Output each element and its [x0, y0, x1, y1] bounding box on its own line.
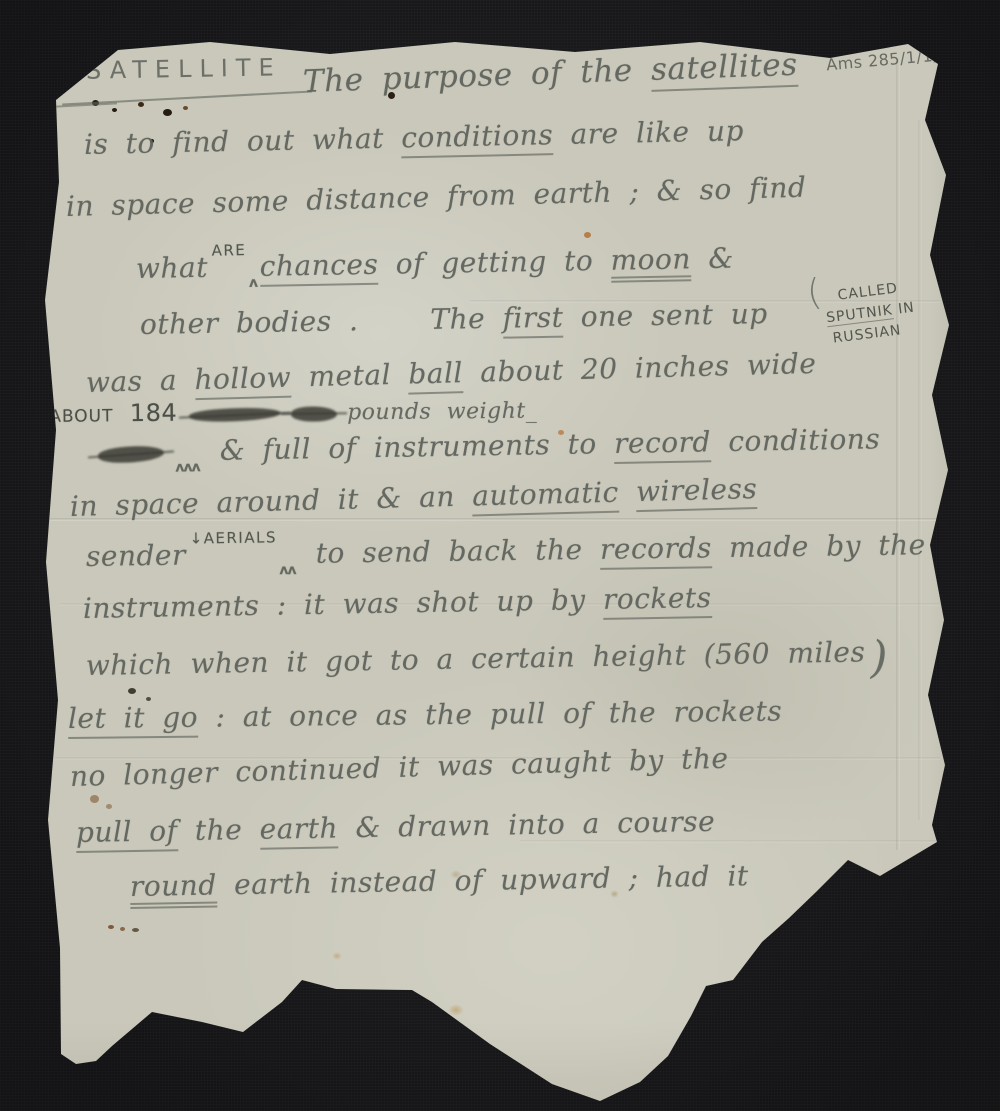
manuscript-line: round earth instead of upward ; had it	[130, 859, 749, 903]
manuscript-line: The purpose of the satellites	[302, 47, 798, 100]
photograph-background: SATELLITE Ams 285/1/1/2 ( CALLED SPUTNIK…	[0, 0, 1000, 1111]
handwriting-segment: the	[177, 813, 260, 847]
annotation-word: IN	[892, 300, 916, 319]
handwriting-segment: & full of instruments to	[202, 427, 614, 467]
handwriting-segment: no longer continued it was caught by the	[70, 742, 729, 793]
handwriting-segment: : at once as the pull of the rockets	[198, 695, 782, 734]
handwriting-segment: earth	[259, 811, 338, 849]
handwriting-segment: records	[600, 531, 712, 570]
fold-crease	[520, 840, 940, 843]
archive-reference: Ams 285/1/1/2	[825, 45, 950, 75]
ink-spot	[183, 106, 188, 110]
handwriting-segment: ball	[408, 356, 463, 394]
yellow-stain	[332, 952, 342, 960]
handwriting-segment: & drawn into a course	[338, 805, 716, 845]
handwriting-segment: chances	[259, 248, 378, 287]
handwriting-segment: rockets	[603, 581, 712, 620]
scribble-deletion-mark	[98, 444, 165, 465]
rust-spot	[90, 795, 99, 803]
handwriting-segment: first	[502, 301, 563, 339]
handwriting-segment: automatic	[472, 476, 619, 517]
handwriting-segment: ↓ABOUT	[34, 406, 128, 427]
handwriting-segment: moon	[610, 242, 691, 282]
handwriting-segment: are like up	[553, 114, 744, 151]
manuscript-line: no longer continued it was caught by the	[70, 742, 729, 793]
torn-manuscript-paper: SATELLITE Ams 285/1/1/2 ( CALLED SPUTNIK…	[0, 0, 1000, 1111]
handwriting-segment: let it go	[68, 701, 198, 739]
manuscript-line: whatAREʌchances of getting to moon &	[136, 242, 734, 285]
handwriting-segment: )	[870, 632, 889, 683]
handwriting-segment: hollow	[194, 361, 292, 401]
ink-spot	[120, 927, 125, 931]
rust-spot	[584, 232, 591, 238]
page-title: SATELLITE	[86, 53, 282, 84]
handwriting-segment: pounds weight_	[347, 399, 537, 426]
manuscript-line: let it go : at once as the pull of the r…	[68, 695, 782, 735]
manuscript-line: other bodies .The first one sent up	[140, 297, 768, 341]
handwriting-segment: other bodies .	[140, 304, 359, 341]
manuscript-line: ↓ABOUT 184pounds weight_	[34, 396, 537, 428]
handwriting-segment: to send back the	[298, 533, 600, 570]
handwriting-segment: &	[691, 242, 734, 276]
manuscript-line: in space around it & an automatic wirele…	[70, 472, 758, 523]
handwriting-segment: was a	[86, 363, 195, 399]
yellow-stain	[448, 1004, 464, 1016]
manuscript-line: ʌʌʌ & full of instruments to record cond…	[98, 422, 881, 469]
ink-spot	[132, 928, 139, 932]
handwriting-segment: The	[430, 302, 503, 336]
handwriting-segment: of getting to	[378, 244, 611, 281]
handwriting-segment: conditions	[711, 422, 881, 458]
handwriting-segment: instruments : it was shot up by	[83, 583, 603, 625]
manuscript-line: in space some distance from earth ; & so…	[66, 171, 807, 223]
handwriting-segment: ʌʌʌ	[175, 459, 200, 475]
ink-spot	[138, 102, 144, 107]
handwriting-segment	[618, 475, 636, 508]
handwriting-segment: conditions	[401, 118, 554, 158]
handwriting-segment: The purpose of the	[302, 52, 651, 100]
handwriting-segment: ARE	[211, 241, 246, 260]
ink-spot	[108, 925, 114, 929]
handwriting-segment: is to find out what	[84, 121, 402, 161]
scribble-deletion-mark	[291, 406, 337, 421]
handwriting-segment: wireless	[636, 472, 758, 512]
ink-spot	[163, 109, 172, 116]
handwriting-segment: 184	[130, 399, 178, 427]
manuscript-line: which when it got to a certain height (5…	[86, 632, 889, 697]
ink-spot	[112, 108, 117, 112]
handwriting-segment: satellites	[650, 47, 798, 92]
handwriting-segment: what	[136, 251, 209, 285]
open-paren: (	[806, 282, 823, 305]
rust-spot	[106, 804, 112, 809]
handwriting-segment: ʌ	[249, 275, 257, 291]
handwriting-segment: made by the	[711, 528, 925, 564]
handwriting-segment: which when it got to a certain height (5…	[86, 635, 866, 682]
handwriting-segment: one sent up	[563, 297, 768, 334]
handwriting-segment: in space some distance from earth ; & so…	[66, 171, 807, 223]
handwriting-segment: sender	[86, 539, 186, 573]
manuscript-line: sender↓AERIALSʌʌ to send back the record…	[86, 528, 926, 573]
sputnik-annotation: ( CALLED SPUTNIK IN RUSSIAN )	[823, 273, 950, 350]
handwriting-segment: metal	[291, 358, 409, 394]
handwriting-segment: round	[130, 868, 217, 909]
handwriting-segment: pull of	[76, 814, 178, 853]
scribble-deletion-mark	[189, 406, 281, 423]
handwriting-segment: about 20 inches wide	[462, 347, 816, 389]
fold-crease-vertical	[918, 120, 922, 820]
manuscript-line: is to find out what conditions are like …	[84, 114, 745, 161]
close-paren: )	[944, 259, 968, 280]
handwriting-segment: in space around it & an	[70, 479, 473, 523]
manuscript-line: instruments : it was shot up by rockets	[83, 581, 712, 625]
handwriting-segment: ↓AERIALS	[189, 528, 277, 547]
handwriting-segment: earth instead of upward ; had it	[216, 859, 748, 901]
fold-crease-vertical	[896, 60, 900, 850]
handwriting-segment: record	[614, 425, 711, 464]
manuscript-line: was a hollow metal ball about 20 inches …	[86, 347, 817, 399]
handwriting-segment: ʌʌ	[279, 562, 295, 578]
